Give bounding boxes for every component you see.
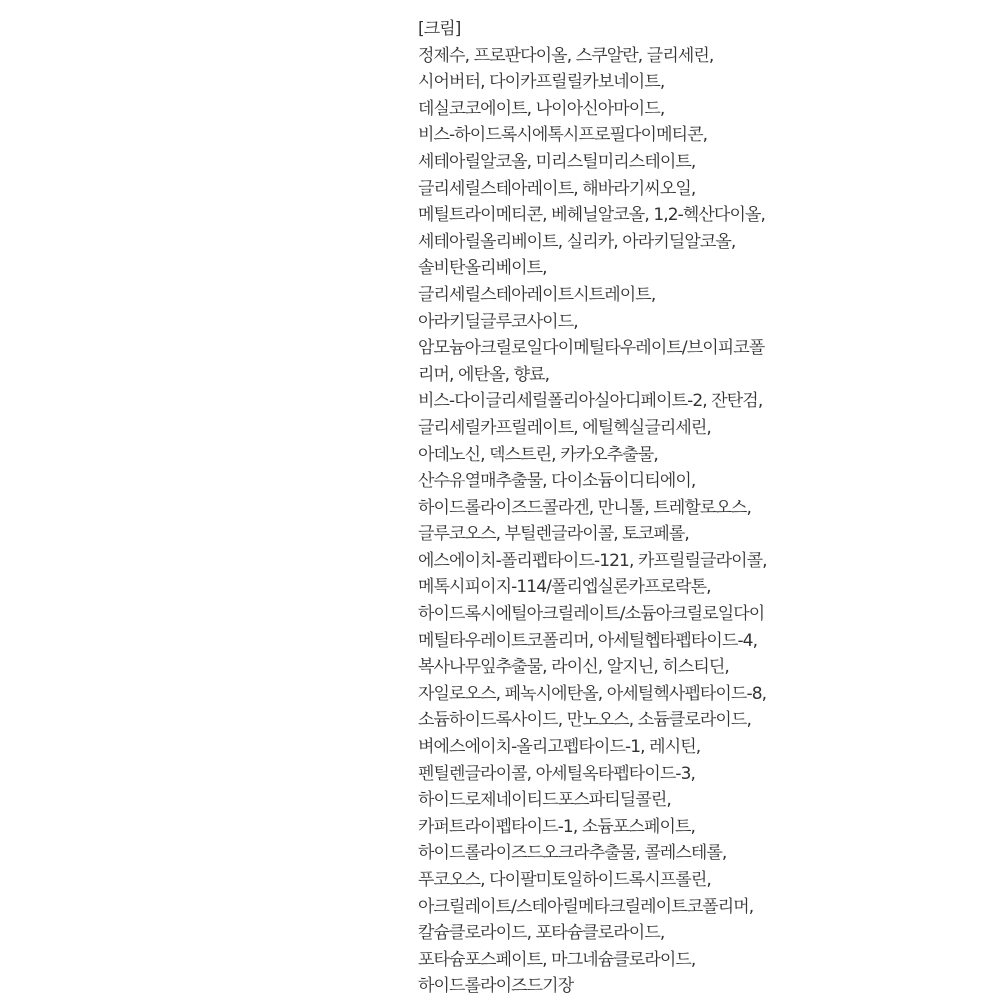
ingredient-line: 시어버터, 다이카프릴릴카보네이트, [418,69,838,96]
ingredient-line: 하이드롤라이즈드오크라추출물, 콜레스테롤, [418,840,838,867]
ingredient-line: 글리세릴스테아레이트시트레이트, [418,282,838,309]
ingredient-line: 세테아릴올리베이트, 실리카, 아라키딜알코올, [418,229,838,256]
ingredient-line: 에스에이치-폴리펩타이드-121, 카프릴릴글라이콜, [418,548,838,575]
ingredient-line: 카퍼트라이펩타이드-1, 소듐포스페이트, [418,814,838,841]
ingredient-line: 하이드로제네이티드포스파티딜콜린, [418,787,838,814]
ingredient-line: 메틸트라이메티콘, 베헤닐알코올, 1,2-헥산다이올, [418,202,838,229]
ingredient-line: 하이드록시에틸아크릴레이트/소듐아크릴로일다이 [418,601,838,628]
ingredient-line: 글리세릴스테아레이트, 해바라기씨오일, [418,176,838,203]
ingredient-line: 비스-하이드록시에톡시프로필다이메티콘, [418,122,838,149]
ingredient-line: 푸코오스, 다이팔미토일하이드록시프롤린, [418,867,838,894]
ingredient-line: 글리세릴카프릴레이트, 에틸헥실글리세린, [418,415,838,442]
ingredient-line: 하이드롤라이즈드콜라겐, 만니톨, 트레할로오스, [418,495,838,522]
ingredient-line: 소듐하이드록사이드, 만노오스, 소듐클로라이드, [418,707,838,734]
ingredient-line: 하이드롤라이즈드기장 [418,973,838,1000]
ingredient-line: 정제수, 프로판다이올, 스쿠알란, 글리세린, [418,43,838,70]
ingredient-line: 칼슘클로라이드, 포타슘클로라이드, [418,920,838,947]
ingredient-line: 글루코오스, 부틸렌글라이콜, 토코페롤, [418,521,838,548]
ingredient-line: 솔비탄올리베이트, [418,255,838,282]
ingredient-line: 아라키딜글루코사이드, [418,309,838,336]
ingredient-line: 자일로오스, 페녹시에탄올, 아세틸헥사펩타이드-8, [418,681,838,708]
ingredient-line: 세테아릴알코올, 미리스틸미리스테이트, [418,149,838,176]
ingredient-line: 메톡시피이지-114/폴리엡실론카프로락톤, [418,574,838,601]
ingredient-line: 메틸타우레이트코폴리머, 아세틸헵타펩타이드-4, [418,628,838,655]
ingredient-line: 암모늄아크릴로일다이메틸타우레이트/브이피코폴 [418,335,838,362]
ingredient-line: 산수유열매추출물, 다이소듐이디티에이, [418,468,838,495]
section-title: [크림] [418,16,838,43]
ingredient-line: 포타슘포스페이트, 마그네슘클로라이드, [418,947,838,974]
ingredient-line: 비스-다이글리세릴폴리아실아디페이트-2, 잔탄검, [418,388,838,415]
ingredient-line: 펜틸렌글라이콜, 아세틸옥타펩타이드-3, [418,761,838,788]
ingredient-line: 리머, 에탄올, 향료, [418,362,838,389]
ingredient-line: 복사나무잎추출물, 라이신, 알지닌, 히스티딘, [418,654,838,681]
ingredient-line: 아크릴레이트/스테아릴메타크릴레이트코폴리머, [418,894,838,921]
ingredient-document: [크림] 정제수, 프로판다이올, 스쿠알란, 글리세린, 시어버터, 다이카프… [0,0,1000,1000]
ingredient-line: 벼에스에이치-올리고펩타이드-1, 레시틴, [418,734,838,761]
ingredient-list: [크림] 정제수, 프로판다이올, 스쿠알란, 글리세린, 시어버터, 다이카프… [418,16,838,1000]
ingredient-line: 데실코코에이트, 나이아신아마이드, [418,96,838,123]
ingredient-line: 아데노신, 덱스트린, 카카오추출물, [418,442,838,469]
